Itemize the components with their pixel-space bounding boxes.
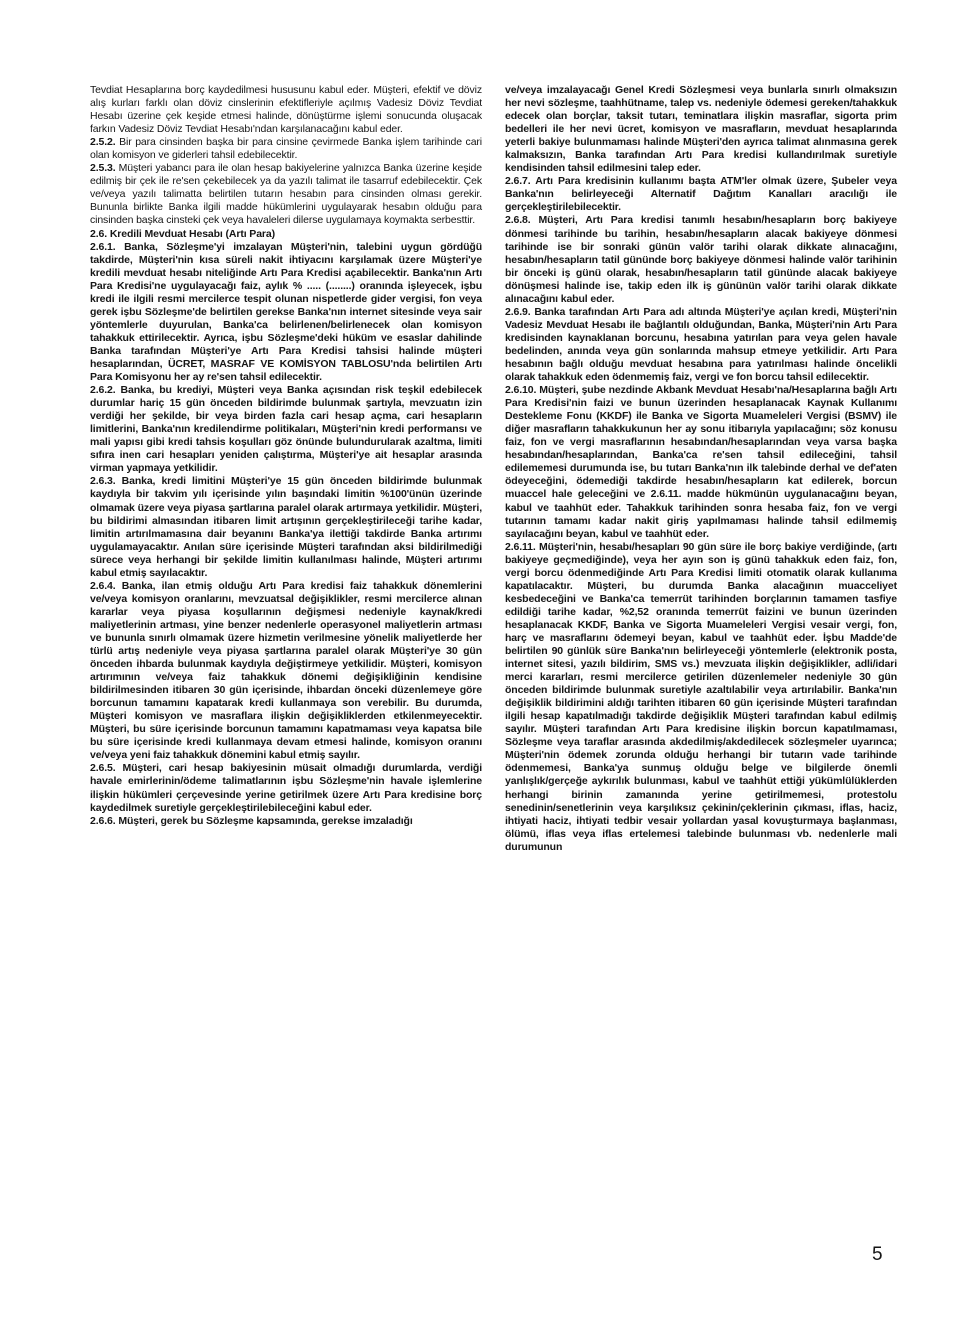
clause-2-6-1: 2.6.1. Banka, Sözleşme'yi imzalayan Müşt… (90, 241, 482, 385)
clause-2-5-2: 2.5.2. Bir para cinsinden başka bir para… (90, 136, 482, 162)
paragraph-continuation: ve/veya imzalayacağı Genel Kredi Sözleşm… (505, 84, 897, 175)
clause-number: 2.6.7. (505, 175, 535, 187)
clause-number: 2.6.2. (90, 384, 121, 396)
clause-number: 2.6.6. (90, 815, 118, 827)
paragraph-continuation: Tevdiat Hesaplarına borç kaydedilmesi hu… (90, 84, 482, 136)
clause-2-6-4: 2.6.4. Banka, ilan etmiş olduğu Artı Par… (90, 580, 482, 763)
clause-2-6-3: 2.6.3. Banka, kredi limitini Müşteri'ye … (90, 475, 482, 579)
clause-2-6-5: 2.6.5. Müşteri, cari hesap bakiyesinin m… (90, 762, 482, 814)
clause-2-6: 2.6. Kredili Mevduat Hesabı (Artı Para) (90, 228, 482, 241)
clause-number: 2.6.8. (505, 214, 538, 226)
clause-number: 2.6.10. (505, 384, 539, 396)
contract-page: Tevdiat Hesaplarına borç kaydedilmesi hu… (0, 0, 960, 1332)
clause-2-6-10: 2.6.10. Müşteri, şube nezdinde Akbank Me… (505, 384, 897, 541)
clause-2-6-9: 2.6.9. Banka tarafından Artı Para adı al… (505, 306, 897, 384)
text-columns: Tevdiat Hesaplarına borç kaydedilmesi hu… (90, 84, 897, 854)
clause-number: 2.5.3. (90, 162, 119, 174)
clause-number: 2.6.3. (90, 475, 122, 487)
clause-number: 2.6.4. (90, 580, 122, 592)
clause-2-6-2: 2.6.2. Banka, bu krediyi, Müşteri veya B… (90, 384, 482, 475)
clause-number: 2.6.5. (90, 762, 122, 774)
clause-number: 2.6.9. (505, 306, 534, 318)
clause-2-6-6: 2.6.6. Müşteri, gerek bu Sözleşme kapsam… (90, 815, 482, 828)
clause-2-6-8: 2.6.8. Müşteri, Artı Para kredisi tanıml… (505, 214, 897, 305)
page-number: 5 (872, 1244, 883, 1266)
clause-number: 2.6.1. (90, 241, 124, 253)
clause-2-6-11: 2.6.11. Müşteri'nin, hesabı/hesapları 90… (505, 541, 897, 854)
left-column: Tevdiat Hesaplarına borç kaydedilmesi hu… (90, 84, 482, 854)
clause-number: 2.6. (90, 228, 110, 240)
clause-2-5-3: 2.5.3. Müşteri yabancı para ile olan hes… (90, 162, 482, 227)
clause-2-6-7: 2.6.7. Artı Para kredisinin kullanımı ba… (505, 175, 897, 214)
right-column: ve/veya imzalayacağı Genel Kredi Sözleşm… (505, 84, 897, 854)
clause-number: 2.5.2. (90, 136, 119, 148)
clause-number: 2.6.11. (505, 541, 539, 553)
